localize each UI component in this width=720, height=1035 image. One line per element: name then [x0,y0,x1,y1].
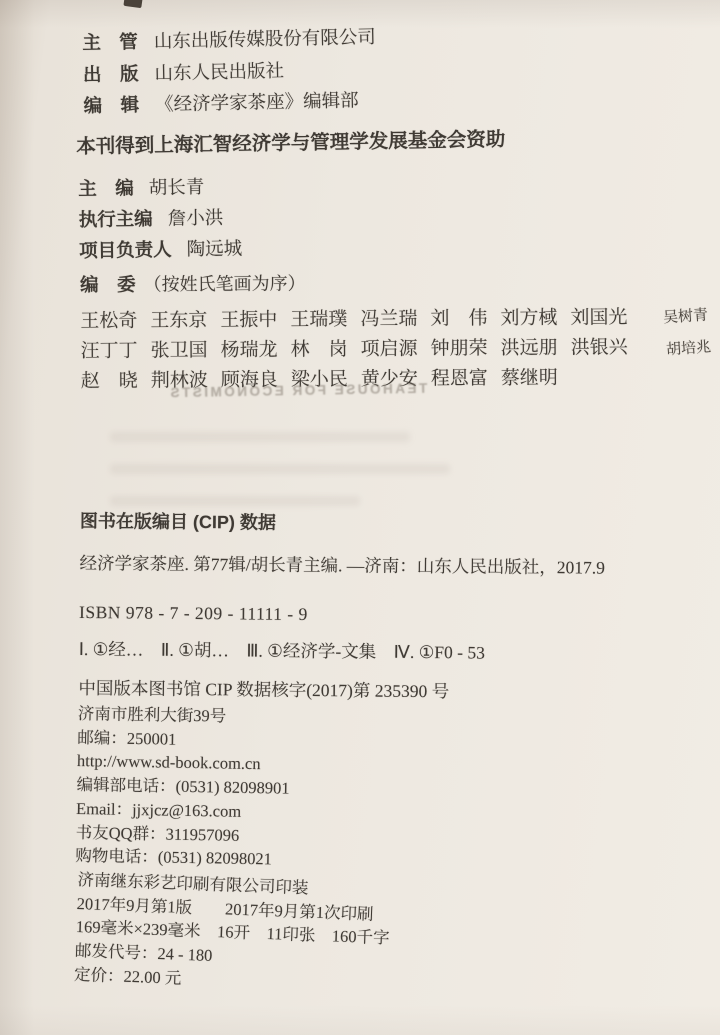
publisher-value: 山东人民出版社 [154,61,284,84]
board-member-name: 蔡继明 [501,364,558,394]
show-through-text: TEAHOUSE FOR ECONOMISTS [168,381,427,401]
board-member-name: 王东京 [150,306,207,336]
show-through-line [110,496,360,506]
board-member-name: 刘 伟 [430,304,487,334]
chief-editor-label: 主 编 [78,177,134,199]
funding-note: 本刊得到上海汇智经济学与管理学发展基金会资助 [76,124,505,159]
board-member-name: 刘方棫 [500,304,557,334]
board-heading: 编 委（按姓氏笔画为序） [80,267,627,297]
executive-editor-row: 执行主编詹小洪 [78,202,241,236]
board-row: 汪丁丁 张卫国 杨瑞龙 林 岗 项启源 钟朋荣 洪远朋 洪银兴 [80,333,627,367]
board-member-name: 胡培兆 [665,335,711,359]
cip-block: 图书在版编目 (CIP) 数据 经济学家茶座. 第77辑/胡长青主编. —济南：… [78,507,605,705]
board-member-name: 项启源 [361,335,418,365]
board-member-name: 吴树青 [662,303,708,327]
colophon-contact-group: 济南市胜利大街39号 邮编：250001 http://www.sd-book.… [75,702,392,873]
board-member-name: 刘国光 [570,303,627,333]
chief-editor-row: 主 编胡长青 [78,171,241,205]
board-member-name: 程恩富 [431,364,488,394]
board-member-name: 洪银兴 [571,333,628,363]
publisher-label: 出 版 [83,62,139,84]
staff-block: 主 编胡长青 执行主编詹小洪 项目负责人陶远城 [78,171,242,267]
book-page: 主 管山东出版传媒股份有限公司 出 版山东人民出版社 编 辑《经济学家茶座》编辑… [0,0,720,1035]
scan-artifact-mark [123,0,142,8]
board-label: 编 委 [80,274,136,295]
project-manager-label: 项目负责人 [79,239,172,261]
board-member-name: 杨瑞龙 [220,336,277,366]
board-row: 王松奇 王东京 王振中 王瑞璞 冯兰瑞 刘 伟 刘方棫 刘国光 [80,303,627,337]
project-manager-row: 项目负责人陶远城 [79,233,242,267]
isbn-line: ISBN 978 - 7 - 209 - 11111 - 9 [79,602,605,628]
masthead: 主 管山东出版传媒股份有限公司 出 版山东人民出版社 编 辑《经济学家茶座》编辑… [82,22,377,123]
masthead-row-supervisor: 主 管山东出版传媒股份有限公司 [82,22,376,60]
board-member-name: 王振中 [220,306,277,336]
show-through-line [110,432,410,442]
chief-editor-value: 胡长青 [149,178,205,199]
masthead-row-editor: 编 辑《经济学家茶座》编辑部 [83,85,377,123]
colophon: 济南市胜利大街39号 邮编：250001 http://www.sd-book.… [78,702,392,986]
colophon-print-group: 济南继东彩艺印刷有限公司印装 2017年9月第1版 2017年9月第1次印刷 1… [74,868,392,998]
board-member-name: 洪远朋 [501,334,558,364]
executive-editor-value: 詹小洪 [168,209,224,230]
board-member-name: 张卫国 [150,336,207,366]
board-member-name: 王松奇 [80,307,137,337]
board-member-name: 冯兰瑞 [360,305,417,335]
editorial-board: 编 委（按姓氏笔画为序） 王松奇 王东京 王振中 王瑞璞 冯兰瑞 刘 伟 刘方棫… [80,267,628,397]
supervisor-value: 山东出版传媒股份有限公司 [154,28,376,53]
editor-value: 《经济学家茶座》编辑部 [155,91,359,115]
board-member-name: 汪丁丁 [80,337,137,367]
editor-label: 编 辑 [83,94,139,116]
executive-editor-label: 执行主编 [79,208,153,230]
cip-heading: 图书在版编目 (CIP) 数据 [80,507,606,538]
board-order-note: （按姓氏笔画为序） [144,273,306,294]
cip-classification: Ⅰ. ①经… Ⅱ. ①胡… Ⅲ. ①经济学-文集 Ⅳ. ①F0 - 53 [79,636,605,666]
board-member-name: 赵 晓 [81,367,138,397]
cip-entry: 经济学家茶座. 第77辑/胡长青主编. —济南：山东人民出版社，2017.9 [79,550,605,580]
board-member-name: 林 岗 [291,335,348,365]
show-through-line [110,464,450,474]
project-manager-value: 陶远城 [187,239,243,260]
cip-registry: 中国版本图书馆 CIP 数据核字(2017)第 235390 号 [78,675,604,705]
board-member-name: 王瑞璞 [290,305,347,335]
supervisor-label: 主 管 [82,31,138,53]
board-member-name: 钟朋荣 [431,334,488,364]
